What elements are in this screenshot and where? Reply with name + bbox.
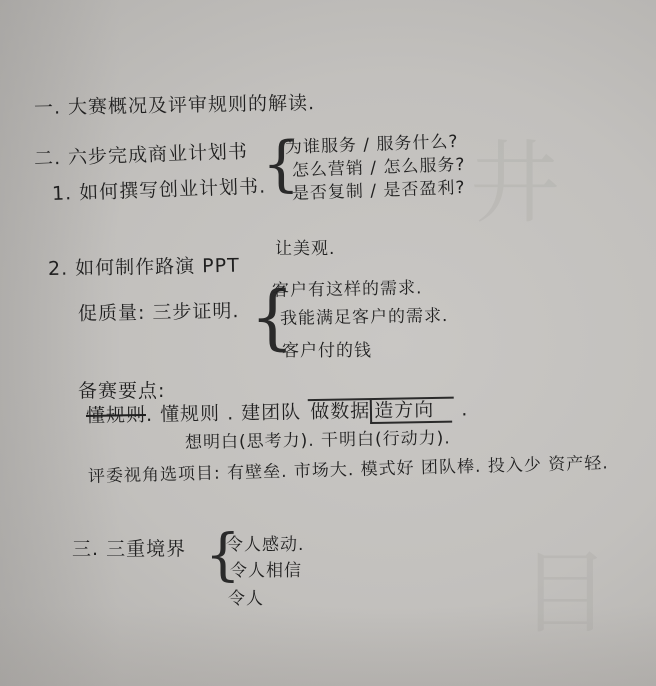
prep-line-1: 懂规则. 懂规则 . 建团队 做数据造方向 . — [86, 398, 469, 427]
prep-end: . — [461, 398, 468, 420]
paper-background: 井 目 一. 大赛概况及评审规则的解读. 二. 六步完成商业计划书 1. 如何撰… — [0, 0, 656, 686]
heading-section-3: 三. 三重境界 — [72, 538, 186, 560]
item-1-point: 是否复制 / 是否盈利? — [292, 177, 466, 205]
data-text: 做数据 — [310, 400, 370, 423]
section-3-point: 令人感动. — [226, 534, 304, 556]
boxed-text: 做数据造方向 — [308, 397, 454, 424]
section-3-point: 令人相信 — [230, 560, 302, 582]
direction-text: 造方向 — [370, 399, 452, 424]
section-3-point: 令人 — [228, 588, 264, 610]
prep-heading: 备赛要点: — [78, 380, 165, 402]
bleed-through-mark: 井 — [470, 110, 560, 240]
heading-section-1: 一. 大赛概况及评审规则的解读. — [34, 92, 315, 119]
quality-point: 客户有这样的需求. — [272, 277, 423, 302]
struck-text: 懂规则 — [86, 404, 146, 427]
prep-text: . 懂规则 . 建团队 — [146, 401, 302, 426]
judges-criteria: 评委视角选项目: 有壁垒. 市场大. 模式好 团队棒. 投入少 资产轻. — [88, 452, 609, 488]
quality-point: 我能满足客户的需求. — [280, 305, 449, 330]
quality-label: 促质量: 三步证明. — [78, 300, 240, 325]
prep-line-2: 想明白(思考力). 干明白(行动力). — [185, 427, 451, 454]
aside-note: 让美观. — [275, 238, 335, 260]
item-2-title: 2. 如何制作路演 PPT — [48, 255, 240, 280]
bleed-through-mark: 目 — [520, 520, 610, 650]
quality-point: 客户付的钱 — [282, 340, 372, 362]
